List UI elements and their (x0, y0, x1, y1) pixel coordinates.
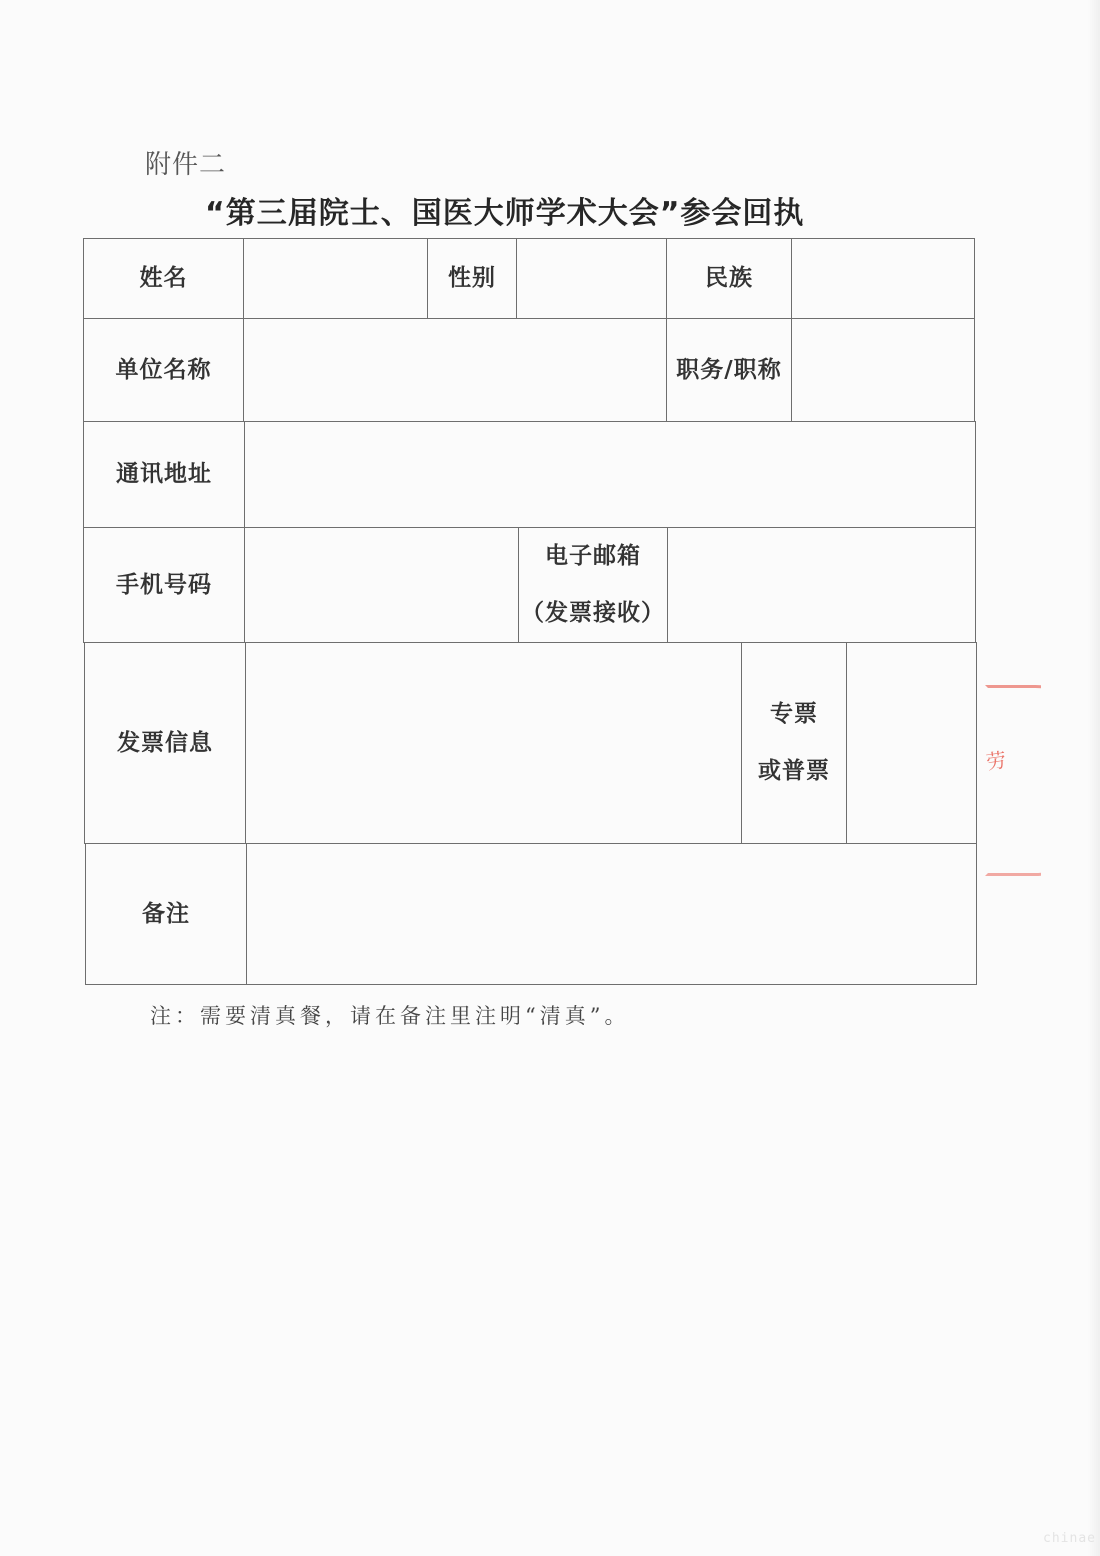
ethnicity-label: 民族 (705, 267, 753, 290)
gender-label: 性别 (448, 267, 496, 290)
position-title-label-cell: 职务/职称 (666, 318, 792, 422)
invoice-type-label: 专票 (770, 686, 818, 743)
red-seal-stamp-text: 劳 (984, 744, 1008, 776)
name-label: 姓名 (140, 267, 188, 290)
position-title-label: 职务/职称 (676, 359, 781, 382)
email-label-cell: 电子邮箱 （发票接收） (518, 527, 668, 643)
remarks-label: 备注 (142, 903, 190, 926)
email-label: 电子邮箱 (545, 528, 641, 585)
invoice-type-label-cell: 专票 或普票 (741, 642, 847, 844)
invoice-type-field[interactable] (846, 642, 977, 844)
page-edge (1088, 0, 1100, 1556)
ethnicity-field[interactable] (791, 238, 975, 319)
address-field[interactable] (244, 421, 976, 528)
halal-meal-note: 注：需要清真餐，请在备注里注明“清真”。 (150, 1000, 629, 1030)
attachment-label: 附件二 (145, 144, 226, 181)
gender-field[interactable] (516, 238, 667, 319)
name-label-cell: 姓名 (83, 238, 244, 319)
form-title: “第三届院士、国医大师学术大会”参会回执 (205, 188, 804, 232)
organization-field[interactable] (243, 318, 667, 422)
watermark: chinae (1043, 1531, 1096, 1546)
remarks-field[interactable] (246, 843, 977, 985)
address-label-cell: 通讯地址 (83, 421, 245, 528)
invoice-info-label-cell: 发票信息 (84, 642, 246, 844)
email-label-sub: （发票接收） (521, 585, 665, 642)
organization-label-cell: 单位名称 (83, 318, 244, 422)
organization-label: 单位名称 (116, 359, 212, 382)
invoice-type-label-sub: 或普票 (758, 743, 830, 800)
ethnicity-label-cell: 民族 (666, 238, 792, 319)
gender-label-cell: 性别 (427, 238, 517, 319)
name-field[interactable] (243, 238, 428, 319)
invoice-info-label: 发票信息 (117, 732, 213, 755)
position-title-field[interactable] (791, 318, 975, 422)
invoice-info-field[interactable] (245, 642, 742, 844)
phone-label-cell: 手机号码 (83, 527, 245, 643)
phone-field[interactable] (244, 527, 519, 643)
address-label: 通讯地址 (116, 463, 212, 486)
email-field[interactable] (667, 527, 976, 643)
phone-label: 手机号码 (116, 574, 212, 597)
remarks-label-cell: 备注 (85, 843, 247, 985)
red-seal-stamp (985, 685, 1100, 876)
